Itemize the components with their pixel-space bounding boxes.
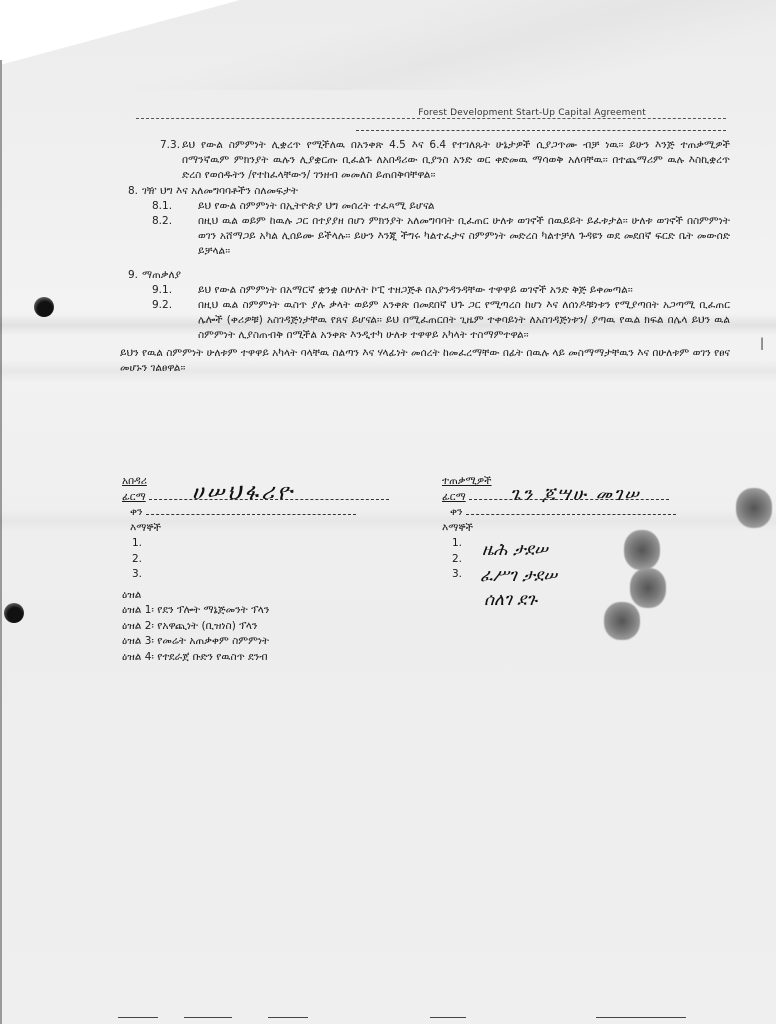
- lender-date-row: ቀን: [122, 505, 412, 521]
- footer-rule: [184, 1017, 232, 1018]
- annex-item: ዕዝል 1፡ የደን ፕሎት ማኔጅመንት ፕላን: [122, 603, 422, 618]
- scanned-page: Forest Development Start-Up Capital Agre…: [0, 0, 776, 1024]
- annex-title: ዕዝል: [122, 588, 422, 603]
- running-header: Forest Development Start-Up Capital Agre…: [136, 108, 726, 128]
- clause-number: 8.2.: [152, 214, 172, 229]
- witness-line: 1.: [122, 536, 412, 552]
- section-number: 8.: [128, 184, 138, 199]
- witness-line: 3.: [122, 567, 412, 583]
- annex-list: ዕዝል ዕዝል 1፡ የደን ፕሎት ማኔጅመንት ፕላን ዕዝል 2፡ የአዋ…: [122, 588, 422, 665]
- witness-1-handwritten-signature: ዜሕ ታደሠ: [482, 540, 548, 560]
- footer-rule: [118, 1017, 158, 1018]
- annex-item: ዕዝል 2፡ የአዋጪነት (ቢዝነስ) ፕላን: [122, 619, 422, 634]
- punch-hole: [4, 603, 24, 623]
- thumbprint: [736, 488, 772, 528]
- witness-3-handwritten-signature: ሰለገ ደጉ: [484, 590, 537, 610]
- section-heading: ገዥ ህግ እና አለመግባባቶችን ስለመፍታት: [142, 185, 298, 197]
- thumbprint: [630, 568, 666, 608]
- margin-mark: |: [760, 336, 764, 350]
- date-line: [466, 505, 676, 515]
- page-edge: [0, 60, 2, 1024]
- header-rule: [356, 130, 726, 131]
- clause-number: 9.2.: [152, 298, 172, 313]
- beneficiary-handwritten-signature: ጌን ጆሣሁ መገሠ: [510, 484, 641, 505]
- witnesses-label: እማኞች: [442, 521, 742, 537]
- date-line: [146, 505, 356, 515]
- clause-8-1: 8.1. ይህ የውል ስምምነት በኢትዮጵያ ህግ መሰረት ተፈጻሚ ይሆ…: [120, 199, 730, 214]
- header-rule: [136, 118, 726, 119]
- clause-7-3: 7.3. ይህ የውል ስምምነት ሊቋረጥ የሚችለዉ በአንቀጽ 4.5 እ…: [120, 138, 730, 184]
- footer-rule: [596, 1017, 686, 1018]
- footer-rule: [430, 1017, 466, 1018]
- witness-line: 2.: [122, 552, 412, 568]
- section-number: 9.: [128, 268, 138, 283]
- header-title: Forest Development Start-Up Capital Agre…: [418, 108, 646, 118]
- annex-item: ዕዝል 3፡ የመሬት አጠቃቀም ስምምነት: [122, 634, 422, 649]
- clause-number: 9.1.: [152, 283, 172, 298]
- clause-text: ይህ የውል ስምምነት በኢትዮጵያ ህግ መሰረት ተፈጻሚ ይሆናል: [198, 200, 435, 212]
- beneficiaries-date-row: ቀን: [442, 505, 742, 521]
- section-heading: ማጠቃለያ: [142, 269, 181, 281]
- clause-9-2: 9.2. በዚህ ዉል ስምምነት ዉስጥ ያሉ ቃላት ወይም አንቀጽ በመ…: [120, 298, 730, 344]
- clause-text: ይህ የውል ስምምነት በአማርኛ ቋንቋ በሁለት ኮፒ ተዘጋጅቶ በአያ…: [198, 284, 633, 296]
- clause-text: በዚህ ዉል ስምምነት ዉስጥ ያሉ ቃላት ወይም አንቀጽ በመደበኛ ህ…: [198, 299, 730, 341]
- section-8-heading: 8. ገዥ ህግ እና አለመግባባቶችን ስለመፍታት: [120, 184, 730, 199]
- closing-statement: ይህን የዉል ስምምነት ሁለቱም ተዋዋይ አካላት ባላቸዉ ስልጣን እ…: [120, 346, 730, 376]
- witness-2-handwritten-signature: ፈሥገ ታደሠ: [480, 566, 557, 586]
- punch-hole: [34, 297, 54, 317]
- clause-8-2: 8.2. በዚህ ዉል ወይም ከዉሉ ጋር በተያያዘ በሆነ ምክንያት አ…: [120, 214, 730, 260]
- witnesses-label: እማኞች: [122, 521, 412, 537]
- section-9-heading: 9. ማጠቃለያ: [120, 268, 730, 283]
- signature-label: ፊርማ: [122, 491, 146, 503]
- thumbprint: [624, 530, 660, 570]
- clause-number: 8.1.: [152, 199, 172, 214]
- clause-text: በዚህ ዉል ወይም ከዉሉ ጋር በተያያዘ በሆነ ምክንያት አለመግባባ…: [198, 215, 730, 257]
- folded-corner: [0, 0, 776, 80]
- clause-number: 7.3.: [160, 138, 180, 153]
- annex-item: ዕዝል 4፡ የተደራጀ ቡድን የዉስጥ ደንብ: [122, 650, 422, 665]
- clause-9-1: 9.1. ይህ የውል ስምምነት በአማርኛ ቋንቋ በሁለት ኮፒ ተዘጋጅ…: [120, 283, 730, 298]
- thumbprint: [604, 602, 640, 640]
- closing-text: ይህን የዉል ስምምነት ሁለቱም ተዋዋይ አካላት ባላቸዉ ስልጣን እ…: [120, 347, 730, 374]
- lender-handwritten-signature: ሀሠህፋሪዮ: [192, 480, 295, 505]
- date-label: ቀን: [130, 506, 143, 518]
- clause-text: ይህ የውል ስምምነት ሊቋረጥ የሚችለዉ በአንቀጽ 4.5 እና 6.4…: [182, 139, 730, 181]
- agreement-body: 7.3. ይህ የውል ስምምነት ሊቋረጥ የሚችለዉ በአንቀጽ 4.5 እ…: [120, 138, 730, 376]
- footer-rule: [268, 1017, 308, 1018]
- signature-label: ፊርማ: [442, 491, 466, 503]
- date-label: ቀን: [450, 506, 463, 518]
